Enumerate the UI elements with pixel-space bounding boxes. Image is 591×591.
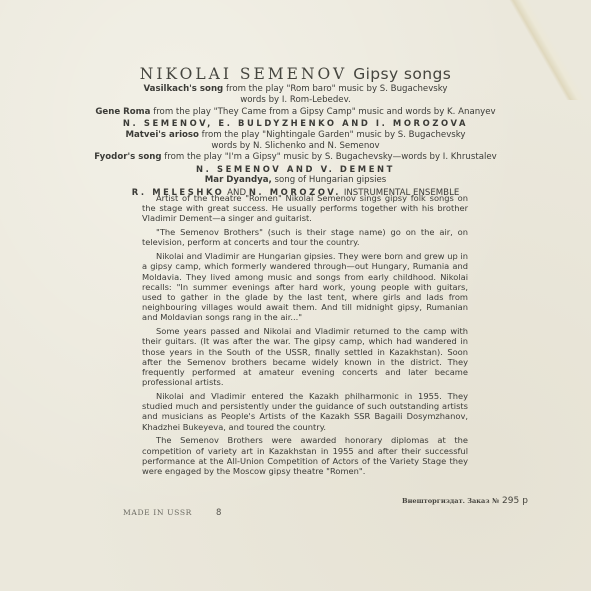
- track-credit: Gene Roma from the play "They Came from …: [0, 107, 591, 118]
- track-credits: NIKOLAI SEMENOVGipsy songs Vasilkach's s…: [0, 66, 591, 199]
- made-in-label: MADE IN USSR: [123, 508, 192, 517]
- performers: N. SEMENOV AND V. DEMENT: [0, 164, 591, 175]
- performers: N. SEMENOV, E. BULDYZHENKO AND I. MOROZO…: [0, 118, 591, 129]
- paragraph: "The Semenov Brothers" (such is their st…: [142, 227, 468, 247]
- track-detail: from the play "They Came from a Gipsy Ca…: [153, 107, 495, 117]
- track-credit-words: words by N. Slichenko and N. Semenov: [0, 141, 591, 152]
- track-detail: song of Hungarian gipsies: [275, 175, 387, 185]
- artist-name: NIKOLAI SEMENOV: [140, 65, 347, 83]
- paragraph: Some years passed and Nikolai and Vladim…: [142, 326, 468, 387]
- track-credit-words: words by I. Rom-Lebedev.: [0, 95, 591, 106]
- track-credit: Matvei's arioso from the play "Nightinga…: [0, 130, 591, 141]
- track-detail: from the play "Rom baro" music by S. Bug…: [226, 84, 448, 94]
- paragraph: The Semenov Brothers were awarded honora…: [142, 435, 468, 476]
- track-title: Matvei's arioso: [125, 130, 198, 140]
- footer-made-in: MADE IN USSR8: [123, 508, 222, 518]
- track-detail: words by N. Slichenko and N. Semenov: [211, 141, 379, 151]
- track-detail: from the play "I'm a Gipsy" music by S. …: [164, 152, 497, 162]
- paragraph: Nikolai and Vladimir entered the Kazakh …: [142, 391, 468, 432]
- track-credit: Fyodor's song from the play "I'm a Gipsy…: [0, 152, 591, 163]
- biography-text: Artist of the theatre "Romen" Nikolai Se…: [142, 193, 468, 480]
- track-title: Mar Dyandya,: [205, 175, 272, 185]
- track-title: Gene Roma: [95, 107, 150, 117]
- footer-publisher: Внешторгиздат. Заказ №295р: [402, 496, 528, 506]
- order-number: 295: [502, 496, 519, 506]
- track-title: Vasilkach's song: [143, 84, 223, 94]
- paragraph: Artist of the theatre "Romen" Nikolai Se…: [142, 193, 468, 224]
- track-credit: Vasilkach's song from the play "Rom baro…: [0, 84, 591, 95]
- album-subtitle: Gipsy songs: [353, 65, 451, 83]
- page-title: NIKOLAI SEMENOVGipsy songs: [0, 66, 591, 83]
- track-title: Fyodor's song: [94, 152, 161, 162]
- publisher-label: Внешторгиздат. Заказ №: [402, 497, 499, 505]
- order-suffix: р: [522, 496, 528, 506]
- track-detail: from the play "Nightingale Garden" music…: [202, 130, 466, 140]
- paragraph: Nikolai and Vladimir are Hungarian gipsi…: [142, 251, 468, 322]
- page-number: 8: [216, 508, 222, 518]
- track-detail: words by I. Rom-Lebedev.: [240, 95, 350, 105]
- track-credit: Mar Dyandya, song of Hungarian gipsies: [0, 175, 591, 186]
